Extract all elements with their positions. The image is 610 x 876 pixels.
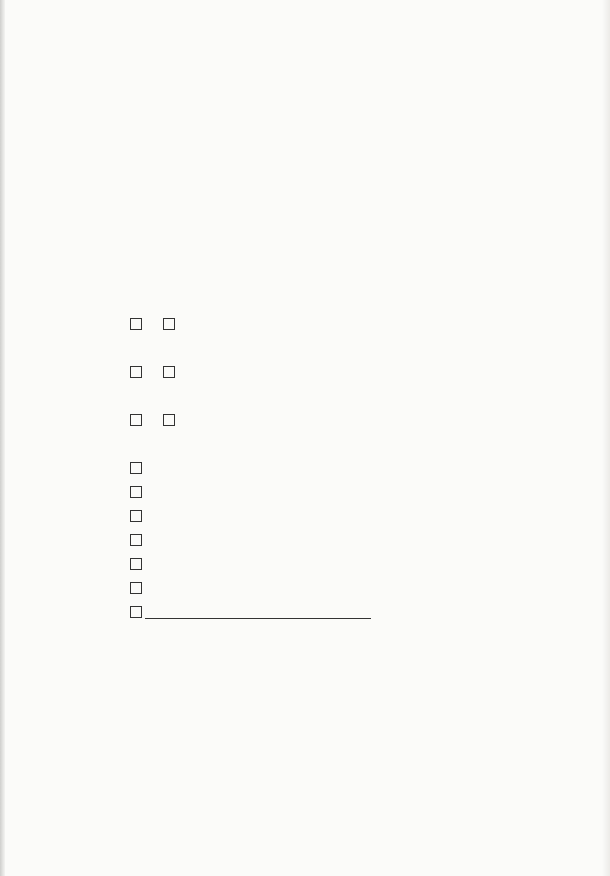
checkbox-nausea[interactable] bbox=[130, 534, 142, 546]
other-symptom-input[interactable] bbox=[145, 605, 371, 619]
item3-options bbox=[130, 316, 178, 334]
checkbox-palpitation[interactable] bbox=[130, 558, 142, 570]
item4-options bbox=[130, 364, 178, 382]
symptom-option bbox=[130, 508, 145, 526]
checkbox-no[interactable] bbox=[163, 414, 175, 426]
checkbox-yes[interactable] bbox=[130, 414, 142, 426]
checkbox-no[interactable] bbox=[163, 366, 175, 378]
checkbox-no[interactable] bbox=[163, 318, 175, 330]
symptom-option bbox=[130, 556, 145, 574]
symptom-option bbox=[130, 532, 145, 550]
checkbox-yes[interactable] bbox=[130, 366, 142, 378]
checkbox-other[interactable] bbox=[130, 606, 142, 618]
page-edge-shadow bbox=[602, 0, 610, 876]
checkbox-no-symptoms[interactable] bbox=[130, 462, 142, 474]
page-edge-shadow bbox=[0, 0, 5, 876]
checkbox-cold-symptoms[interactable] bbox=[130, 486, 142, 498]
item4-followup-options bbox=[130, 412, 178, 430]
checkbox-conjunctivitis[interactable] bbox=[130, 582, 142, 594]
symptom-option bbox=[130, 604, 371, 622]
symptom-option bbox=[130, 484, 145, 502]
checkbox-breathing[interactable] bbox=[130, 510, 142, 522]
symptom-option bbox=[130, 580, 145, 598]
symptom-option bbox=[130, 460, 145, 478]
checkbox-yes[interactable] bbox=[130, 318, 142, 330]
